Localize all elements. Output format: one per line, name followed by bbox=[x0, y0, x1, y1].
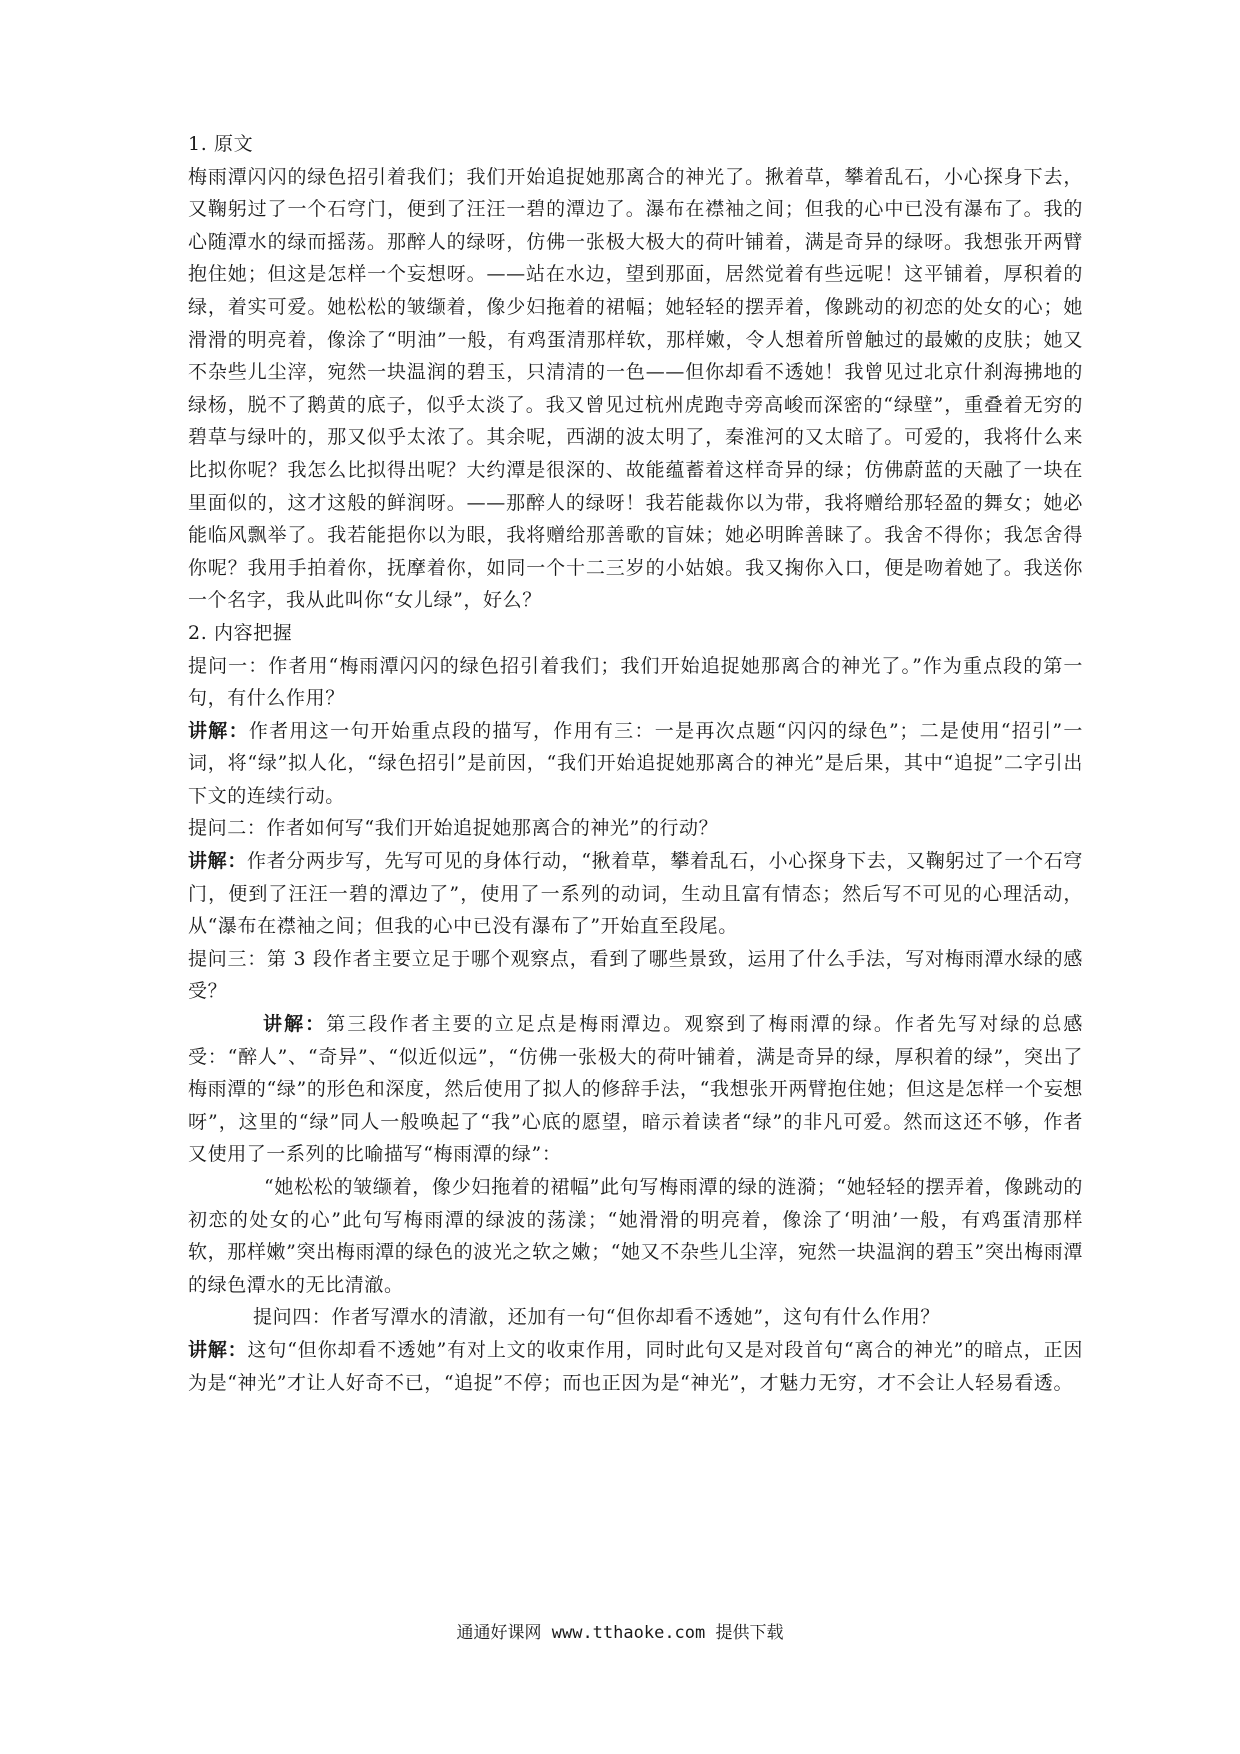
question-3: 提问三：第 3 段作者主要立足于哪个观察点，看到了哪些景致，运用了什么手法，写对… bbox=[188, 943, 1083, 1008]
answer-label: 讲解： bbox=[188, 850, 247, 872]
answer-4: 讲解：这句“但你却看不透她”有对上文的收束作用，同时此句又是对段首句“离合的神光… bbox=[188, 1334, 1083, 1399]
section-heading-content-grasp: 2. 内容把握 bbox=[188, 617, 1083, 650]
answer-label: 讲解： bbox=[263, 1013, 326, 1035]
answer-4-text: 这句“但你却看不透她”有对上文的收束作用，同时此句又是对段首句“离合的神光”的暗… bbox=[188, 1339, 1083, 1394]
question-2: 提问二：作者如何写“我们开始追捉她那离合的神光”的行动？ bbox=[188, 812, 1083, 845]
answer-2: 讲解：作者分两步写，先写可见的身体行动，“揪着草，攀着乱石，小心探身下去，又鞠躬… bbox=[188, 845, 1083, 943]
question-1: 提问一：作者用“梅雨潭闪闪的绿色招引着我们；我们开始追捉她那离合的神光了。”作为… bbox=[188, 650, 1083, 715]
question-4: 提问四：作者写潭水的清澈，还加有一句“但你却看不透她”，这句有什么作用？ bbox=[188, 1301, 1083, 1334]
original-text-paragraph: 梅雨潭闪闪的绿色招引着我们；我们开始追捉她那离合的神光了。揪着草，攀着乱石，小心… bbox=[188, 161, 1083, 617]
answer-2-text: 作者分两步写，先写可见的身体行动，“揪着草，攀着乱石，小心探身下去，又鞠躬过了一… bbox=[188, 850, 1083, 937]
page-footer: 通通好课网 www.tthaoke.com 提供下载 bbox=[0, 1618, 1240, 1643]
answer-label: 讲解： bbox=[188, 1339, 248, 1361]
answer-label: 讲解： bbox=[188, 720, 249, 742]
answer-3: 讲解：第三段作者主要的立足点是梅雨潭边。观察到了梅雨潭的绿。作者先写对绿的总感受… bbox=[188, 1008, 1083, 1171]
answer-1: 讲解：作者用这一句开始重点段的描写，作用有三：一是再次点题“闪闪的绿色”；二是使… bbox=[188, 715, 1083, 813]
answer-3-continued: “她松松的皱缬着，像少妇拖着的裙幅”此句写梅雨潭的绿的涟漪；“她轻轻的摆弄着，像… bbox=[188, 1171, 1083, 1301]
answer-3-text: 第三段作者主要的立足点是梅雨潭边。观察到了梅雨潭的绿。作者先写对绿的总感受：“醉… bbox=[188, 1013, 1083, 1165]
section-heading-original-text: 1. 原文 bbox=[188, 128, 1083, 161]
document-body: 1. 原文 梅雨潭闪闪的绿色招引着我们；我们开始追捉她那离合的神光了。揪着草，攀… bbox=[188, 128, 1083, 1399]
answer-1-text: 作者用这一句开始重点段的描写，作用有三：一是再次点题“闪闪的绿色”；二是使用“招… bbox=[188, 720, 1083, 807]
